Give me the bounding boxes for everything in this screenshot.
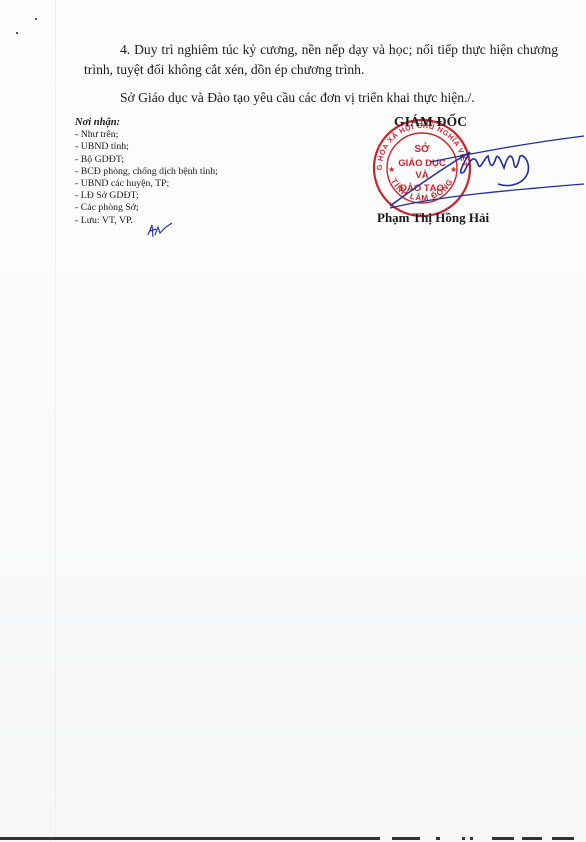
scan-speck xyxy=(35,18,37,20)
handwritten-signature-icon xyxy=(360,114,586,214)
initials-scribble-icon xyxy=(146,221,176,241)
scan-border-bar xyxy=(492,837,514,840)
document-page: 4. Duy trì nghiêm túc kỷ cương, nền nếp … xyxy=(0,0,586,842)
recipient-item: - Như trên; xyxy=(75,129,218,141)
signer-name: Phạm Thị Hồng Hải xyxy=(377,210,489,226)
signature-block: CỘNG HÒA XÃ HỘI CHỦ NGHĨA VIỆT NAM TỈNH … xyxy=(360,106,586,236)
scan-border-bar xyxy=(462,837,465,840)
scan-border-bar xyxy=(0,837,380,840)
recipient-item: - BCĐ phòng, chống dịch bệnh tỉnh; xyxy=(75,166,218,178)
closing-paragraph: Sở Giáo dục và Đào tạo yêu cầu các đơn v… xyxy=(84,88,558,108)
scan-border-bar xyxy=(392,837,420,840)
scan-edge-line xyxy=(55,0,56,842)
recipient-item: - UBND tỉnh; xyxy=(75,141,218,153)
recipient-item: - LĐ Sở GDĐT; xyxy=(75,190,218,202)
scan-border-bar xyxy=(436,837,440,840)
scan-border-bar xyxy=(552,837,574,840)
recipients-title: Nơi nhận: xyxy=(75,117,218,129)
recipient-item: - Các phòng Sở; xyxy=(75,202,218,214)
recipient-item: - Bộ GDĐT; xyxy=(75,154,218,166)
recipient-item: - UBND các huyện, TP; xyxy=(75,178,218,190)
paragraph-item-4: 4. Duy trì nghiêm túc kỷ cương, nền nếp … xyxy=(84,40,558,80)
scan-border-bar xyxy=(522,837,542,840)
scan-speck xyxy=(16,32,18,34)
recipients-block: Nơi nhận: - Như trên; - UBND tỉnh; - Bộ … xyxy=(75,117,218,227)
scan-border-bar xyxy=(470,837,473,840)
